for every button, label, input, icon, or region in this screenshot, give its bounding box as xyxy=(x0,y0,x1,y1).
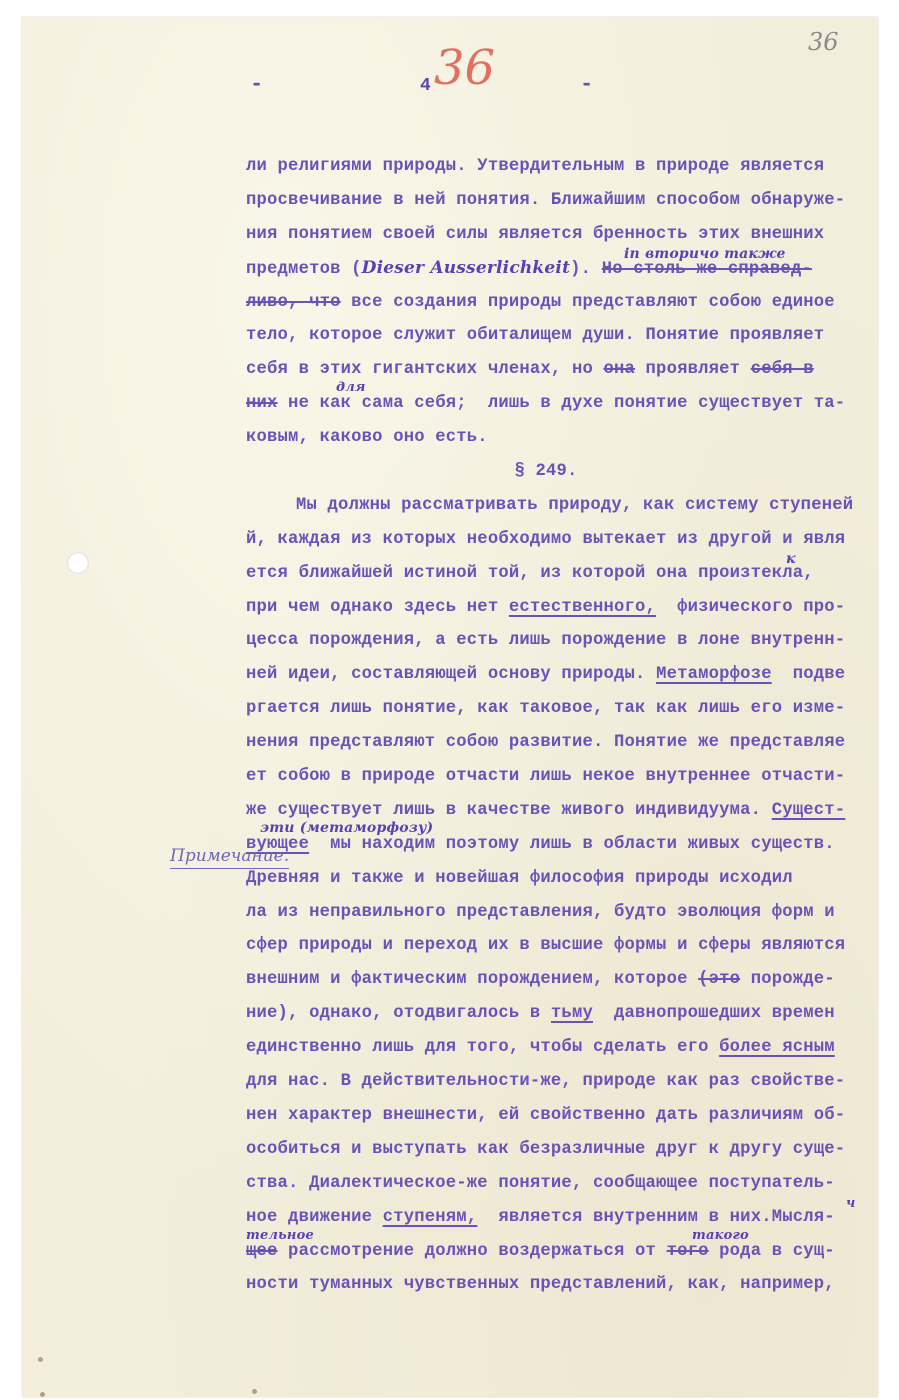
text-line: особиться и выступать как безразличные д… xyxy=(246,1133,886,1167)
text-line: ное движение ступеням, является внутренн… xyxy=(246,1201,886,1235)
text-fragment: порожде- xyxy=(740,970,835,989)
handwritten-german: Dieser Ausserlichkeit xyxy=(362,258,570,278)
text-line: для нас. В действительности-же, природе … xyxy=(246,1065,886,1099)
text-fragment: ). xyxy=(570,260,602,279)
typed-text-body: ли религиями природы. Утвердительным в п… xyxy=(246,150,886,1302)
text-line: ли религиями природы. Утвердительным в п… xyxy=(246,150,886,184)
text-fragment: все создания природы представляют собою … xyxy=(341,293,835,312)
page-header: - 4 36 - xyxy=(250,72,610,102)
text-line: ковым, каково оно есть. xyxy=(246,421,886,455)
text-line: нен характер внешнести, ей свойственно д… xyxy=(246,1099,886,1133)
struck-text: себя в xyxy=(751,360,814,379)
text-fragment: рассмотрение должно воздержаться от xyxy=(278,1242,667,1261)
pencil-folio-number: 36 xyxy=(808,28,839,56)
text-line: вующее мы находим поэтому лишь в области… xyxy=(246,828,886,862)
text-line: при чем однако здесь нет естественного, … xyxy=(246,591,886,625)
text-line: сфер природы и переход их в высшие формы… xyxy=(246,929,886,963)
handwritten-insertion: эти (метаморфозу) xyxy=(260,812,433,846)
underlined-text: Метаморфозе xyxy=(656,665,772,684)
underlined-text: тьму xyxy=(551,1004,593,1023)
text-line: ла из неправильного представления, будто… xyxy=(246,896,886,930)
text-fragment: предметов ( xyxy=(246,260,362,279)
struck-text: ливо, что xyxy=(246,293,341,312)
margin-note-label: Примечание. xyxy=(170,846,289,869)
struck-text: она xyxy=(603,360,635,379)
underlined-text: более ясным xyxy=(719,1038,835,1057)
text-line: просвечивание в ней понятия. Ближайшим с… xyxy=(246,184,886,218)
handwritten-insertion: для xyxy=(336,371,366,405)
text-fragment: физического про- xyxy=(656,598,845,617)
text-line: Древняя и также и новейшая философия при… xyxy=(246,862,886,896)
text-line: тело, которое служит обиталищем души. По… xyxy=(246,319,886,353)
stain xyxy=(252,1389,257,1394)
text-line: ргается лишь понятие, как таковое, так к… xyxy=(246,692,886,726)
handwritten-insertion: in вторичо также xyxy=(624,238,786,272)
text-line: цесса порождения, а есть лишь порождение… xyxy=(246,624,886,658)
text-line: ния понятием своей силы является бреннос… xyxy=(246,218,886,252)
struck-text: них xyxy=(246,394,278,413)
text-line: ние), однако, отодвигалось в тьму давноп… xyxy=(246,997,886,1031)
red-page-number: 36 xyxy=(434,40,495,96)
underlined-text: естественного, xyxy=(509,598,656,617)
text-line: ней идеи, составляющей основу природы. М… xyxy=(246,658,886,692)
text-line: ется ближайшей истиной той, из которой о… xyxy=(246,557,886,591)
text-line: ливо, что все создания природы представл… xyxy=(246,286,886,320)
handwritten-insertion: такого xyxy=(692,1219,749,1253)
text-line: единственно лишь для того, чтобы сделать… xyxy=(246,1031,886,1065)
header-dash-left: - xyxy=(250,72,263,97)
text-fragment: давнопрошедших времен xyxy=(593,1004,835,1023)
header-dash-right: - xyxy=(580,72,593,97)
text-line: Мы должны рассматривать природу, как сис… xyxy=(246,489,886,523)
text-line: нения представляют собою развитие. Понят… xyxy=(246,726,886,760)
text-fragment: ние), однако, отодвигалось в xyxy=(246,1004,551,1023)
typed-page-number: 4 xyxy=(420,76,431,96)
text-fragment: при чем однако здесь нет xyxy=(246,598,509,617)
handwritten-insertion: тельное xyxy=(246,1219,314,1253)
text-fragment: внешним и фактическим порождением, котор… xyxy=(246,970,698,989)
section-heading: § 249. xyxy=(246,455,886,489)
handwritten-correction: ч xyxy=(846,1187,856,1221)
underlined-text: Сущест- xyxy=(772,801,846,820)
stain xyxy=(40,1392,45,1397)
underlined-text: ступеням, xyxy=(383,1208,478,1227)
text-line: ет собою в природе отчасти лишь некое вн… xyxy=(246,760,886,794)
text-fragment: является внутренним в них.Мысля- xyxy=(477,1208,834,1227)
text-fragment: подве xyxy=(772,665,846,684)
struck-text: (это xyxy=(698,970,740,989)
text-fragment: себя в этих гигантских членах, но xyxy=(246,360,603,379)
text-line: внешним и фактическим порождением, котор… xyxy=(246,963,886,997)
stain xyxy=(38,1357,43,1362)
punch-hole xyxy=(67,552,89,574)
text-fragment: единственно лишь для того, чтобы сделать… xyxy=(246,1038,719,1057)
text-fragment: ней идеи, составляющей основу природы. xyxy=(246,665,656,684)
text-fragment: проявляет xyxy=(635,360,751,379)
text-line: ства. Диалектическое-же понятие, сообщаю… xyxy=(246,1167,886,1201)
text-fragment: ется ближайшей истиной той, из которой о… xyxy=(246,564,814,583)
text-line: щее рассмотрение должно воздержаться от … xyxy=(246,1235,886,1269)
text-line: предметов (Dieser Ausserlichkeit). Но ст… xyxy=(246,252,886,286)
handwritten-correction: к xyxy=(786,543,796,577)
text-line: них не как сама себя; лишь в духе поняти… xyxy=(246,387,886,421)
text-line: ности туманных чувственных представлений… xyxy=(246,1268,886,1302)
